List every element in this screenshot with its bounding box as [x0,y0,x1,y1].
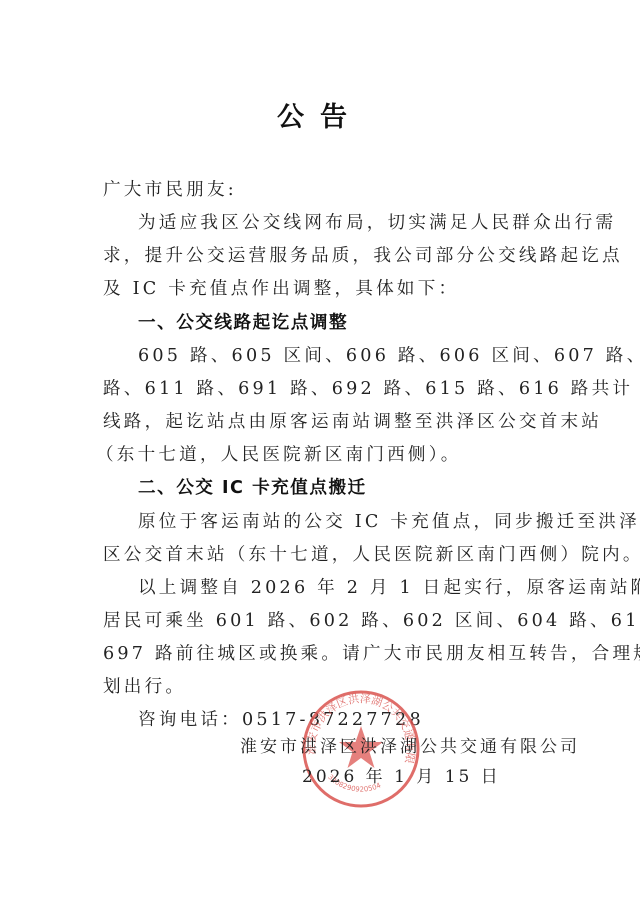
closing-line: 划出行。 [103,673,186,698]
closing-line: 以上调整自 2026 年 2 月 1 日起实行，原客运南站附近 [138,574,640,599]
section1-line: （东十七道，人民医院新区南门西侧）。 [96,441,462,466]
section1-line: 605 路、605 区间、606 路、606 区间、607 路、610 [138,342,640,367]
salutation: 广大市民朋友: [103,176,237,201]
section2-heading: 二、公交 IC 卡充值点搬迁 [138,474,367,499]
signature-date: 2026 年 1 月 15 日 [302,762,501,787]
section1-line: 线路，起讫站点由原客运南站调整至洪泽区公交首末站 [103,408,602,433]
closing-line: 居民可乘坐 601 路、602 路、602 区间、604 路、619 路、 [103,607,640,632]
section2-line: 区公交首末站（东十七道，人民医院新区南门西侧）院内。 [103,541,640,566]
intro-line: 为适应我区公交线网布局，切实满足人民群众出行需 [138,209,616,234]
intro-line: 求，提升公交运营服务品质，我公司部分公交线路起讫点 [103,242,623,267]
section1-heading: 一、公交线路起讫点调整 [138,309,348,334]
section1-line: 路、611 路、691 路、692 路、615 路、616 路共计 11 条公交 [103,375,640,400]
intro-line: 及 IC 卡充值点作出调整，具体如下： [103,275,459,300]
section2-line: 原位于客运南站的公交 IC 卡充值点，同步搬迁至洪泽 [138,508,640,533]
notice-title: 公告 [0,95,640,134]
closing-line: 697 路前往城区或换乘。请广大市民朋友相互转告，合理规 [103,640,640,665]
signature-company: 淮安市洪泽区洪泽湖公共交通有限公司 [240,732,580,757]
